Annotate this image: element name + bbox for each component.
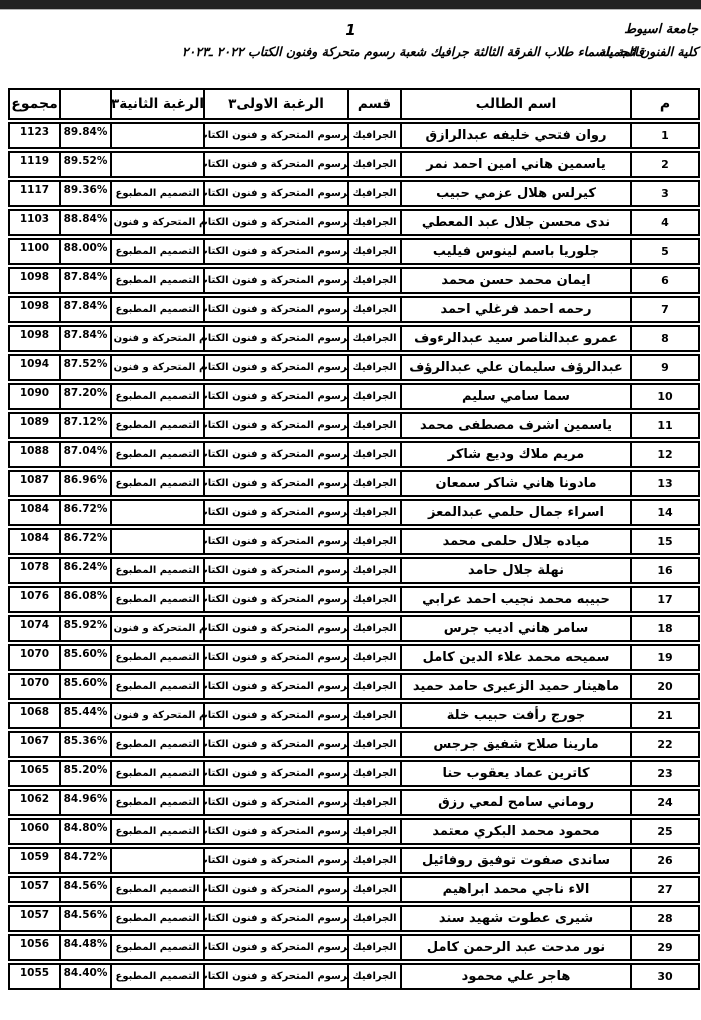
- first-preference-cell: الرسوم المتحركة و فنون الكتاب: [205, 704, 349, 727]
- first-preference-cell: الرسوم المتحركة و فنون الكتاب: [205, 965, 349, 988]
- department-cell: الجرافيك: [349, 588, 402, 611]
- first-preference-cell: الرسوم المتحركة و فنون الكتاب: [205, 646, 349, 669]
- department-cell: الجرافيك: [349, 327, 402, 350]
- total-cell: 1089: [10, 414, 61, 437]
- table-row: 9 عبدالرؤف سليمان علي عبدالرؤف الجرافيك …: [8, 354, 700, 381]
- total-cell: 1056: [10, 936, 61, 959]
- row-index-cell: 16: [632, 559, 698, 582]
- total-cell: 1065: [10, 762, 61, 785]
- second-preference-cell: [112, 124, 205, 147]
- department-cell: الجرافيك: [349, 443, 402, 466]
- page-number: 1: [0, 21, 701, 39]
- percentage-cell: 85.44%: [61, 704, 112, 727]
- student-name-cell: رحمه احمد فرغلي احمد: [402, 298, 632, 321]
- student-name-cell: مارينا صلاح شفيق جرجس: [402, 733, 632, 756]
- row-index-cell: 11: [632, 414, 698, 437]
- total-cell: 1119: [10, 153, 61, 176]
- total-cell: 1090: [10, 385, 61, 408]
- table-row: 20 ماهينار حميد الزعيرى حامد حميد الجراف…: [8, 673, 700, 700]
- total-cell: 1100: [10, 240, 61, 263]
- student-name-cell: سميحه محمد علاء الدين كامل: [402, 646, 632, 669]
- student-name-cell: ندى محسن جلال عبد المعطي: [402, 211, 632, 234]
- percentage-cell: 87.84%: [61, 298, 112, 321]
- percentage-cell: 88.00%: [61, 240, 112, 263]
- row-index-cell: 26: [632, 849, 698, 872]
- row-index-cell: 25: [632, 820, 698, 843]
- student-name-cell: ماهينار حميد الزعيرى حامد حميد: [402, 675, 632, 698]
- table-row: 5 جلوريا باسم لينوس فيليب الجرافيك الرسو…: [8, 238, 700, 265]
- document-page: { "page": { "number": "1", "university":…: [0, 0, 701, 1020]
- second-preference-cell: التصميم المطبوع: [112, 965, 205, 988]
- department-cell: الجرافيك: [349, 298, 402, 321]
- second-preference-cell: التصميم المطبوع: [112, 472, 205, 495]
- row-index-cell: 27: [632, 878, 698, 901]
- first-preference-cell: الرسوم المتحركة و فنون الكتاب: [205, 733, 349, 756]
- total-cell: 1098: [10, 269, 61, 292]
- total-cell: 1123: [10, 124, 61, 147]
- row-index-cell: 5: [632, 240, 698, 263]
- student-name-cell: جورج رأفت حبيب خلة: [402, 704, 632, 727]
- table-row: 22 مارينا صلاح شفيق جرجس الجرافيك الرسوم…: [8, 731, 700, 758]
- total-cell: 1078: [10, 559, 61, 582]
- student-name-cell: سما سامي سليم: [402, 385, 632, 408]
- total-cell: 1057: [10, 907, 61, 930]
- department-cell: الجرافيك: [349, 153, 402, 176]
- table-row: 8 عمرو عبدالناصر سيد عبدالرءوف الجرافيك …: [8, 325, 700, 352]
- table-row: 13 مادونا هاني شاكر سمعان الجرافيك الرسو…: [8, 470, 700, 497]
- total-cell: 1062: [10, 791, 61, 814]
- second-preference-cell: التصميم المطبوع: [112, 588, 205, 611]
- second-preference-cell: [112, 501, 205, 524]
- row-index-cell: 20: [632, 675, 698, 698]
- second-preference-cell: [112, 153, 205, 176]
- row-index-cell: 4: [632, 211, 698, 234]
- second-preference-cell: التصميم المطبوع: [112, 878, 205, 901]
- student-name-cell: نهلة جلال حامد: [402, 559, 632, 582]
- table-row: 6 ايمان محمد حسن محمد الجرافيك الرسوم ال…: [8, 267, 700, 294]
- first-preference-cell: الرسوم المتحركة و فنون الكتاب: [205, 414, 349, 437]
- total-cell: 1076: [10, 588, 61, 611]
- table-row: 16 نهلة جلال حامد الجرافيك الرسوم المتحر…: [8, 557, 700, 584]
- second-preference-cell: التصميم المطبوع: [112, 182, 205, 205]
- first-preference-cell: الرسوم المتحركة و فنون الكتاب: [205, 617, 349, 640]
- total-cell: 1060: [10, 820, 61, 843]
- row-index-cell: 29: [632, 936, 698, 959]
- header-second-preference: الرغبة الثانية٣: [112, 90, 205, 118]
- first-preference-cell: الرسوم المتحركة و فنون الكتاب: [205, 443, 349, 466]
- first-preference-cell: الرسوم المتحركة و فنون الكتاب: [205, 588, 349, 611]
- first-preference-cell: الرسوم المتحركة و فنون الكتاب: [205, 501, 349, 524]
- second-preference-cell: التصميم المطبوع: [112, 298, 205, 321]
- total-cell: 1088: [10, 443, 61, 466]
- second-preference-cell: التصميم المطبوع: [112, 240, 205, 263]
- second-preference-cell: الرسوم المتحركة و فنون الكتاب: [112, 327, 205, 350]
- total-cell: 1103: [10, 211, 61, 234]
- table-row: 17 حبيبه محمد نجيب احمد عرابي الجرافيك ا…: [8, 586, 700, 613]
- first-preference-cell: الرسوم المتحركة و فنون الكتاب: [205, 356, 349, 379]
- student-name-cell: روان فتحي خليفه عبدالرازق: [402, 124, 632, 147]
- percentage-cell: 84.40%: [61, 965, 112, 988]
- department-cell: الجرافيك: [349, 936, 402, 959]
- department-cell: الجرافيك: [349, 762, 402, 785]
- first-preference-cell: الرسوم المتحركة و فنون الكتاب: [205, 936, 349, 959]
- first-preference-cell: الرسوم المتحركة و فنون الكتاب: [205, 124, 349, 147]
- total-cell: 1070: [10, 646, 61, 669]
- percentage-cell: 86.72%: [61, 501, 112, 524]
- department-cell: الجرافيك: [349, 646, 402, 669]
- student-name-cell: مادونا هاني شاكر سمعان: [402, 472, 632, 495]
- percentage-cell: 89.36%: [61, 182, 112, 205]
- row-index-cell: 3: [632, 182, 698, 205]
- row-index-cell: 1: [632, 124, 698, 147]
- second-preference-cell: التصميم المطبوع: [112, 269, 205, 292]
- table-row: 24 روماني سامح لمعي رزق الجرافيك الرسوم …: [8, 789, 700, 816]
- student-name-cell: نور مدحت عبد الرحمن كامل: [402, 936, 632, 959]
- percentage-cell: 87.04%: [61, 443, 112, 466]
- total-cell: 1087: [10, 472, 61, 495]
- document-title: قائمة باسماء طلاب الفرقة الثالثة جرافيك …: [182, 44, 644, 59]
- department-cell: الجرافيك: [349, 849, 402, 872]
- department-cell: الجرافيك: [349, 240, 402, 263]
- second-preference-cell: الرسوم المتحركة و فنون الكتاب: [112, 704, 205, 727]
- second-preference-cell: التصميم المطبوع: [112, 646, 205, 669]
- first-preference-cell: الرسوم المتحركة و فنون الكتاب: [205, 240, 349, 263]
- second-preference-cell: التصميم المطبوع: [112, 675, 205, 698]
- department-cell: الجرافيك: [349, 530, 402, 553]
- total-cell: 1098: [10, 327, 61, 350]
- total-cell: 1055: [10, 965, 61, 988]
- total-cell: 1070: [10, 675, 61, 698]
- student-name-cell: ساندى صفوت توفيق روفائيل: [402, 849, 632, 872]
- first-preference-cell: الرسوم المتحركة و فنون الكتاب: [205, 762, 349, 785]
- second-preference-cell: التصميم المطبوع: [112, 443, 205, 466]
- percentage-cell: 85.20%: [61, 762, 112, 785]
- student-name-cell: حبيبه محمد نجيب احمد عرابي: [402, 588, 632, 611]
- first-preference-cell: الرسوم المتحركة و فنون الكتاب: [205, 472, 349, 495]
- percentage-cell: 88.84%: [61, 211, 112, 234]
- percentage-cell: 89.52%: [61, 153, 112, 176]
- table-row: 11 ياسمين اشرف مصطفى محمد الجرافيك الرسو…: [8, 412, 700, 439]
- percentage-cell: 86.24%: [61, 559, 112, 582]
- percentage-cell: 85.60%: [61, 675, 112, 698]
- percentage-cell: 86.96%: [61, 472, 112, 495]
- department-cell: الجرافيك: [349, 356, 402, 379]
- first-preference-cell: الرسوم المتحركة و فنون الكتاب: [205, 269, 349, 292]
- row-index-cell: 13: [632, 472, 698, 495]
- student-name-cell: عمرو عبدالناصر سيد عبدالرءوف: [402, 327, 632, 350]
- student-name-cell: هاجر علي محمود: [402, 965, 632, 988]
- total-cell: 1084: [10, 501, 61, 524]
- student-name-cell: عبدالرؤف سليمان علي عبدالرؤف: [402, 356, 632, 379]
- students-table: م اسم الطالب قسم الرغبة الاولى٣ الرغبة ا…: [8, 88, 700, 992]
- department-cell: الجرافيك: [349, 965, 402, 988]
- table-row: 21 جورج رأفت حبيب خلة الجرافيك الرسوم ال…: [8, 702, 700, 729]
- row-index-cell: 22: [632, 733, 698, 756]
- department-cell: الجرافيك: [349, 124, 402, 147]
- table-row: 4 ندى محسن جلال عبد المعطي الجرافيك الرس…: [8, 209, 700, 236]
- percentage-cell: 87.12%: [61, 414, 112, 437]
- table-row: 27 الاء ناجي محمد ابراهيم الجرافيك الرسو…: [8, 876, 700, 903]
- department-cell: الجرافيك: [349, 182, 402, 205]
- first-preference-cell: الرسوم المتحركة و فنون الكتاب: [205, 327, 349, 350]
- header-percentage: [61, 90, 112, 118]
- department-cell: الجرافيك: [349, 878, 402, 901]
- student-name-cell: كاترين عماد يعقوب حنا: [402, 762, 632, 785]
- row-index-cell: 2: [632, 153, 698, 176]
- row-index-cell: 14: [632, 501, 698, 524]
- table-row: 10 سما سامي سليم الجرافيك الرسوم المتحرك…: [8, 383, 700, 410]
- department-cell: الجرافيك: [349, 733, 402, 756]
- department-cell: الجرافيك: [349, 269, 402, 292]
- department-cell: الجرافيك: [349, 385, 402, 408]
- percentage-cell: 84.80%: [61, 820, 112, 843]
- first-preference-cell: الرسوم المتحركة و فنون الكتاب: [205, 153, 349, 176]
- department-cell: الجرافيك: [349, 791, 402, 814]
- percentage-cell: 89.84%: [61, 124, 112, 147]
- student-name-cell: روماني سامح لمعي رزق: [402, 791, 632, 814]
- table-row: 12 مريم ملاك وديع شاكر الجرافيك الرسوم ا…: [8, 441, 700, 468]
- header-department: قسم: [349, 90, 402, 118]
- first-preference-cell: الرسوم المتحركة و فنون الكتاب: [205, 791, 349, 814]
- table-row: 1 روان فتحي خليفه عبدالرازق الجرافيك الر…: [8, 122, 700, 149]
- percentage-cell: 86.08%: [61, 588, 112, 611]
- second-preference-cell: [112, 530, 205, 553]
- row-index-cell: 15: [632, 530, 698, 553]
- table-row: 29 نور مدحت عبد الرحمن كامل الجرافيك الر…: [8, 934, 700, 961]
- percentage-cell: 84.48%: [61, 936, 112, 959]
- row-index-cell: 21: [632, 704, 698, 727]
- percentage-cell: 84.96%: [61, 791, 112, 814]
- row-index-cell: 12: [632, 443, 698, 466]
- table-row: 2 ياسمين هاني امين احمد نمر الجرافيك الر…: [8, 151, 700, 178]
- department-cell: الجرافيك: [349, 472, 402, 495]
- student-name-cell: مريم ملاك وديع شاكر: [402, 443, 632, 466]
- header-first-preference: الرغبة الاولى٣: [205, 90, 349, 118]
- total-cell: 1067: [10, 733, 61, 756]
- table-row: 14 اسراء جمال حلمي عبدالمعز الجرافيك الر…: [8, 499, 700, 526]
- header-total: مجموع: [10, 90, 61, 118]
- row-index-cell: 9: [632, 356, 698, 379]
- percentage-cell: 86.72%: [61, 530, 112, 553]
- table-row: 25 محمود محمد البكري معتمد الجرافيك الرس…: [8, 818, 700, 845]
- row-index-cell: 10: [632, 385, 698, 408]
- second-preference-cell: الرسوم المتحركة و فنون الكتاب: [112, 617, 205, 640]
- row-index-cell: 23: [632, 762, 698, 785]
- student-name-cell: اسراء جمال حلمي عبدالمعز: [402, 501, 632, 524]
- second-preference-cell: التصميم المطبوع: [112, 907, 205, 930]
- total-cell: 1068: [10, 704, 61, 727]
- first-preference-cell: الرسوم المتحركة و فنون الكتاب: [205, 211, 349, 234]
- table-row: 7 رحمه احمد فرغلي احمد الجرافيك الرسوم ا…: [8, 296, 700, 323]
- row-index-cell: 19: [632, 646, 698, 669]
- department-cell: الجرافيك: [349, 675, 402, 698]
- second-preference-cell: التصميم المطبوع: [112, 820, 205, 843]
- first-preference-cell: الرسوم المتحركة و فنون الكتاب: [205, 820, 349, 843]
- percentage-cell: 85.36%: [61, 733, 112, 756]
- table-row: 3 كيرلس هلال عزمي حبيب الجرافيك الرسوم ا…: [8, 180, 700, 207]
- second-preference-cell: الرسوم المتحركة و فنون الكتاب: [112, 356, 205, 379]
- student-name-cell: ياسمين هاني امين احمد نمر: [402, 153, 632, 176]
- percentage-cell: 87.84%: [61, 327, 112, 350]
- first-preference-cell: الرسوم المتحركة و فنون الكتاب: [205, 907, 349, 930]
- department-cell: الجرافيك: [349, 211, 402, 234]
- table-row: 18 سامر هاني اديب جرس الجرافيك الرسوم ال…: [8, 615, 700, 642]
- student-name-cell: مياده جلال حلمى محمد: [402, 530, 632, 553]
- first-preference-cell: الرسوم المتحركة و فنون الكتاب: [205, 849, 349, 872]
- table-row: 15 مياده جلال حلمى محمد الجرافيك الرسوم …: [8, 528, 700, 555]
- percentage-cell: 84.56%: [61, 907, 112, 930]
- second-preference-cell: التصميم المطبوع: [112, 385, 205, 408]
- total-cell: 1059: [10, 849, 61, 872]
- first-preference-cell: الرسوم المتحركة و فنون الكتاب: [205, 298, 349, 321]
- percentage-cell: 87.84%: [61, 269, 112, 292]
- percentage-cell: 85.60%: [61, 646, 112, 669]
- row-index-cell: 17: [632, 588, 698, 611]
- first-preference-cell: الرسوم المتحركة و فنون الكتاب: [205, 675, 349, 698]
- first-preference-cell: الرسوم المتحركة و فنون الكتاب: [205, 878, 349, 901]
- row-index-cell: 7: [632, 298, 698, 321]
- student-name-cell: الاء ناجي محمد ابراهيم: [402, 878, 632, 901]
- department-cell: الجرافيك: [349, 617, 402, 640]
- student-name-cell: جلوريا باسم لينوس فيليب: [402, 240, 632, 263]
- percentage-cell: 84.72%: [61, 849, 112, 872]
- student-name-cell: ياسمين اشرف مصطفى محمد: [402, 414, 632, 437]
- table-row: 26 ساندى صفوت توفيق روفائيل الجرافيك الر…: [8, 847, 700, 874]
- first-preference-cell: الرسوم المتحركة و فنون الكتاب: [205, 559, 349, 582]
- second-preference-cell: التصميم المطبوع: [112, 791, 205, 814]
- student-name-cell: محمود محمد البكري معتمد: [402, 820, 632, 843]
- table-body: 1 روان فتحي خليفه عبدالرازق الجرافيك الر…: [8, 122, 700, 990]
- row-index-cell: 28: [632, 907, 698, 930]
- second-preference-cell: الرسوم المتحركة و فنون الكتاب: [112, 211, 205, 234]
- percentage-cell: 87.20%: [61, 385, 112, 408]
- total-cell: 1117: [10, 182, 61, 205]
- department-cell: الجرافيك: [349, 820, 402, 843]
- department-cell: الجرافيك: [349, 501, 402, 524]
- row-index-cell: 8: [632, 327, 698, 350]
- second-preference-cell: التصميم المطبوع: [112, 762, 205, 785]
- table-row: 23 كاترين عماد يعقوب حنا الجرافيك الرسوم…: [8, 760, 700, 787]
- row-index-cell: 18: [632, 617, 698, 640]
- department-cell: الجرافيك: [349, 559, 402, 582]
- row-index-cell: 30: [632, 965, 698, 988]
- student-name-cell: كيرلس هلال عزمي حبيب: [402, 182, 632, 205]
- table-row: 19 سميحه محمد علاء الدين كامل الجرافيك ا…: [8, 644, 700, 671]
- department-cell: الجرافيك: [349, 704, 402, 727]
- row-index-cell: 6: [632, 269, 698, 292]
- row-index-cell: 24: [632, 791, 698, 814]
- second-preference-cell: التصميم المطبوع: [112, 559, 205, 582]
- table-row: 28 شيرى عطوت شهيد سند الجرافيك الرسوم ال…: [8, 905, 700, 932]
- page-header: جامعة اسيوط 1 كلية الفنون الجميلة قائمة …: [0, 9, 701, 88]
- second-preference-cell: التصميم المطبوع: [112, 733, 205, 756]
- first-preference-cell: الرسوم المتحركة و فنون الكتاب: [205, 182, 349, 205]
- header-student-name: اسم الطالب: [402, 90, 632, 118]
- total-cell: 1074: [10, 617, 61, 640]
- first-preference-cell: الرسوم المتحركة و فنون الكتاب: [205, 530, 349, 553]
- student-name-cell: شيرى عطوت شهيد سند: [402, 907, 632, 930]
- second-preference-cell: التصميم المطبوع: [112, 414, 205, 437]
- department-cell: الجرافيك: [349, 414, 402, 437]
- table-header-row: م اسم الطالب قسم الرغبة الاولى٣ الرغبة ا…: [8, 88, 700, 120]
- header-index: م: [632, 90, 698, 118]
- first-preference-cell: الرسوم المتحركة و فنون الكتاب: [205, 385, 349, 408]
- table-row: 30 هاجر علي محمود الجرافيك الرسوم المتحر…: [8, 963, 700, 990]
- percentage-cell: 84.56%: [61, 878, 112, 901]
- percentage-cell: 87.52%: [61, 356, 112, 379]
- total-cell: 1094: [10, 356, 61, 379]
- total-cell: 1057: [10, 878, 61, 901]
- percentage-cell: 85.92%: [61, 617, 112, 640]
- total-cell: 1084: [10, 530, 61, 553]
- second-preference-cell: [112, 849, 205, 872]
- student-name-cell: ايمان محمد حسن محمد: [402, 269, 632, 292]
- second-preference-cell: التصميم المطبوع: [112, 936, 205, 959]
- total-cell: 1098: [10, 298, 61, 321]
- department-cell: الجرافيك: [349, 907, 402, 930]
- student-name-cell: سامر هاني اديب جرس: [402, 617, 632, 640]
